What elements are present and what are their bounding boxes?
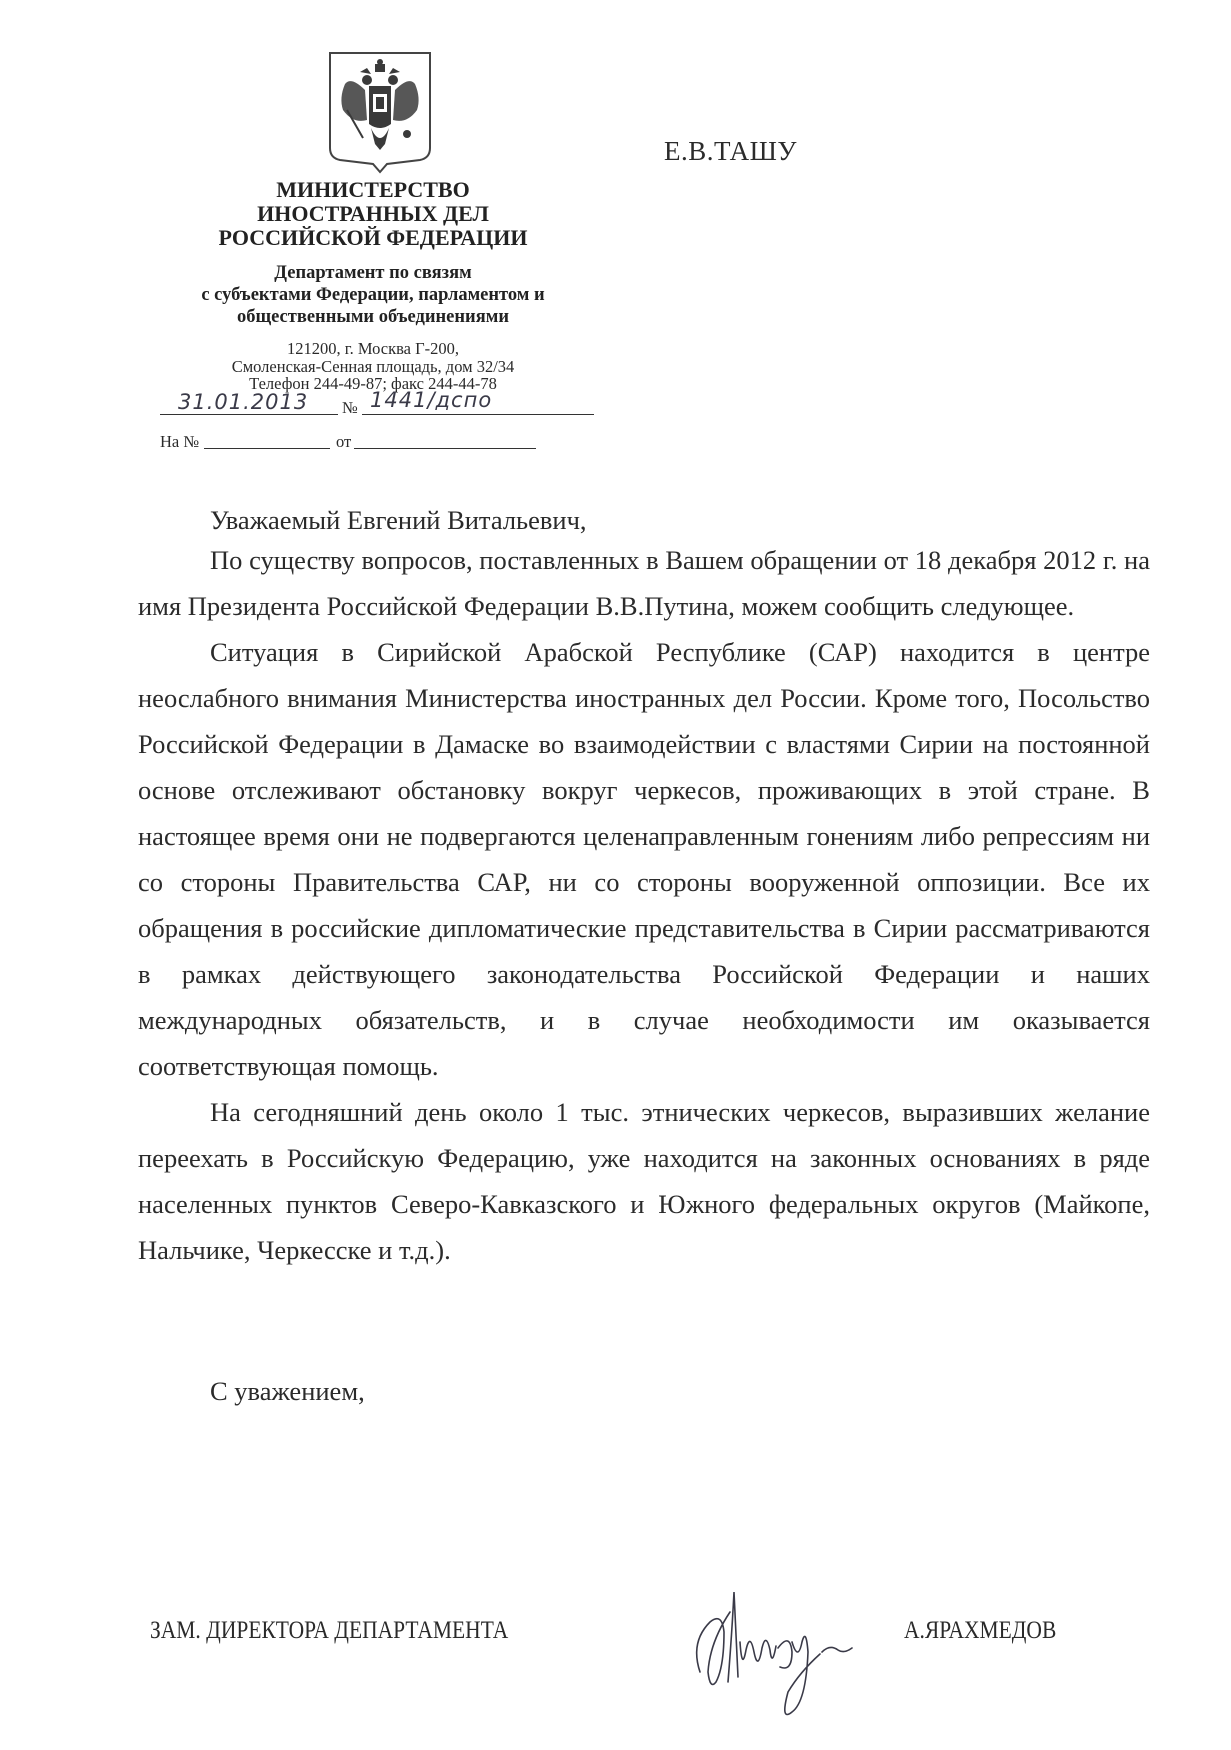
number-underline xyxy=(362,414,594,415)
signatory-name: А.ЯРАХМЕДОВ xyxy=(904,1617,1056,1645)
reply-to-label: На № xyxy=(160,432,199,452)
paragraph: По существу вопросов, поставленных в Ваш… xyxy=(138,537,1150,629)
registration-block: 31.01.2013 № 1441/дспо На № от xyxy=(160,396,600,466)
greeting: Уважаемый Евгений Витальевич, xyxy=(210,505,587,536)
registration-date: 31.01.2013 xyxy=(178,390,308,414)
ministry-address: 121200, г. Москва Г-200, Смоленская-Сенн… xyxy=(180,340,566,393)
reply-from-label: от xyxy=(336,432,351,452)
reply-number-underline xyxy=(204,448,330,449)
ministry-line: ИНОСТРАННЫХ ДЕЛ xyxy=(200,202,546,226)
department-line: общественными объединениями xyxy=(140,306,606,328)
paragraph: На сегодняшний день около 1 тыс. этничес… xyxy=(138,1089,1150,1273)
address-line: 121200, г. Москва Г-200, xyxy=(180,340,566,358)
ministry-line: РОССИЙСКОЙ ФЕДЕРАЦИИ xyxy=(200,226,546,250)
closing: С уважением, xyxy=(210,1376,365,1407)
coat-of-arms-icon xyxy=(327,50,433,174)
addressee: Е.В.ТАШУ xyxy=(664,136,797,167)
ministry-heading: МИНИСТЕРСТВО ИНОСТРАННЫХ ДЕЛ РОССИЙСКОЙ … xyxy=(200,178,546,250)
address-line: Смоленская-Сенная площадь, дом 32/34 xyxy=(180,358,566,376)
paragraph: Ситуация в Сирийской Арабской Республике… xyxy=(138,629,1150,1089)
department-heading: Департамент по связям с субъектами Федер… xyxy=(140,262,606,328)
letter-body: По существу вопросов, поставленных в Ваш… xyxy=(138,537,1150,1273)
reply-date-underline xyxy=(354,448,536,449)
date-underline xyxy=(160,414,338,415)
registration-number: 1441/дспо xyxy=(370,388,492,412)
department-line: с субъектами Федерации, парламентом и xyxy=(140,284,606,306)
department-line: Департамент по связям xyxy=(140,262,606,284)
signatory-title: ЗАМ. ДИРЕКТОРА ДЕПАРТАМЕНТА xyxy=(150,1617,508,1645)
handwritten-signature-icon xyxy=(680,1572,890,1722)
ministry-line: МИНИСТЕРСТВО xyxy=(200,178,546,202)
number-label: № xyxy=(342,398,358,418)
